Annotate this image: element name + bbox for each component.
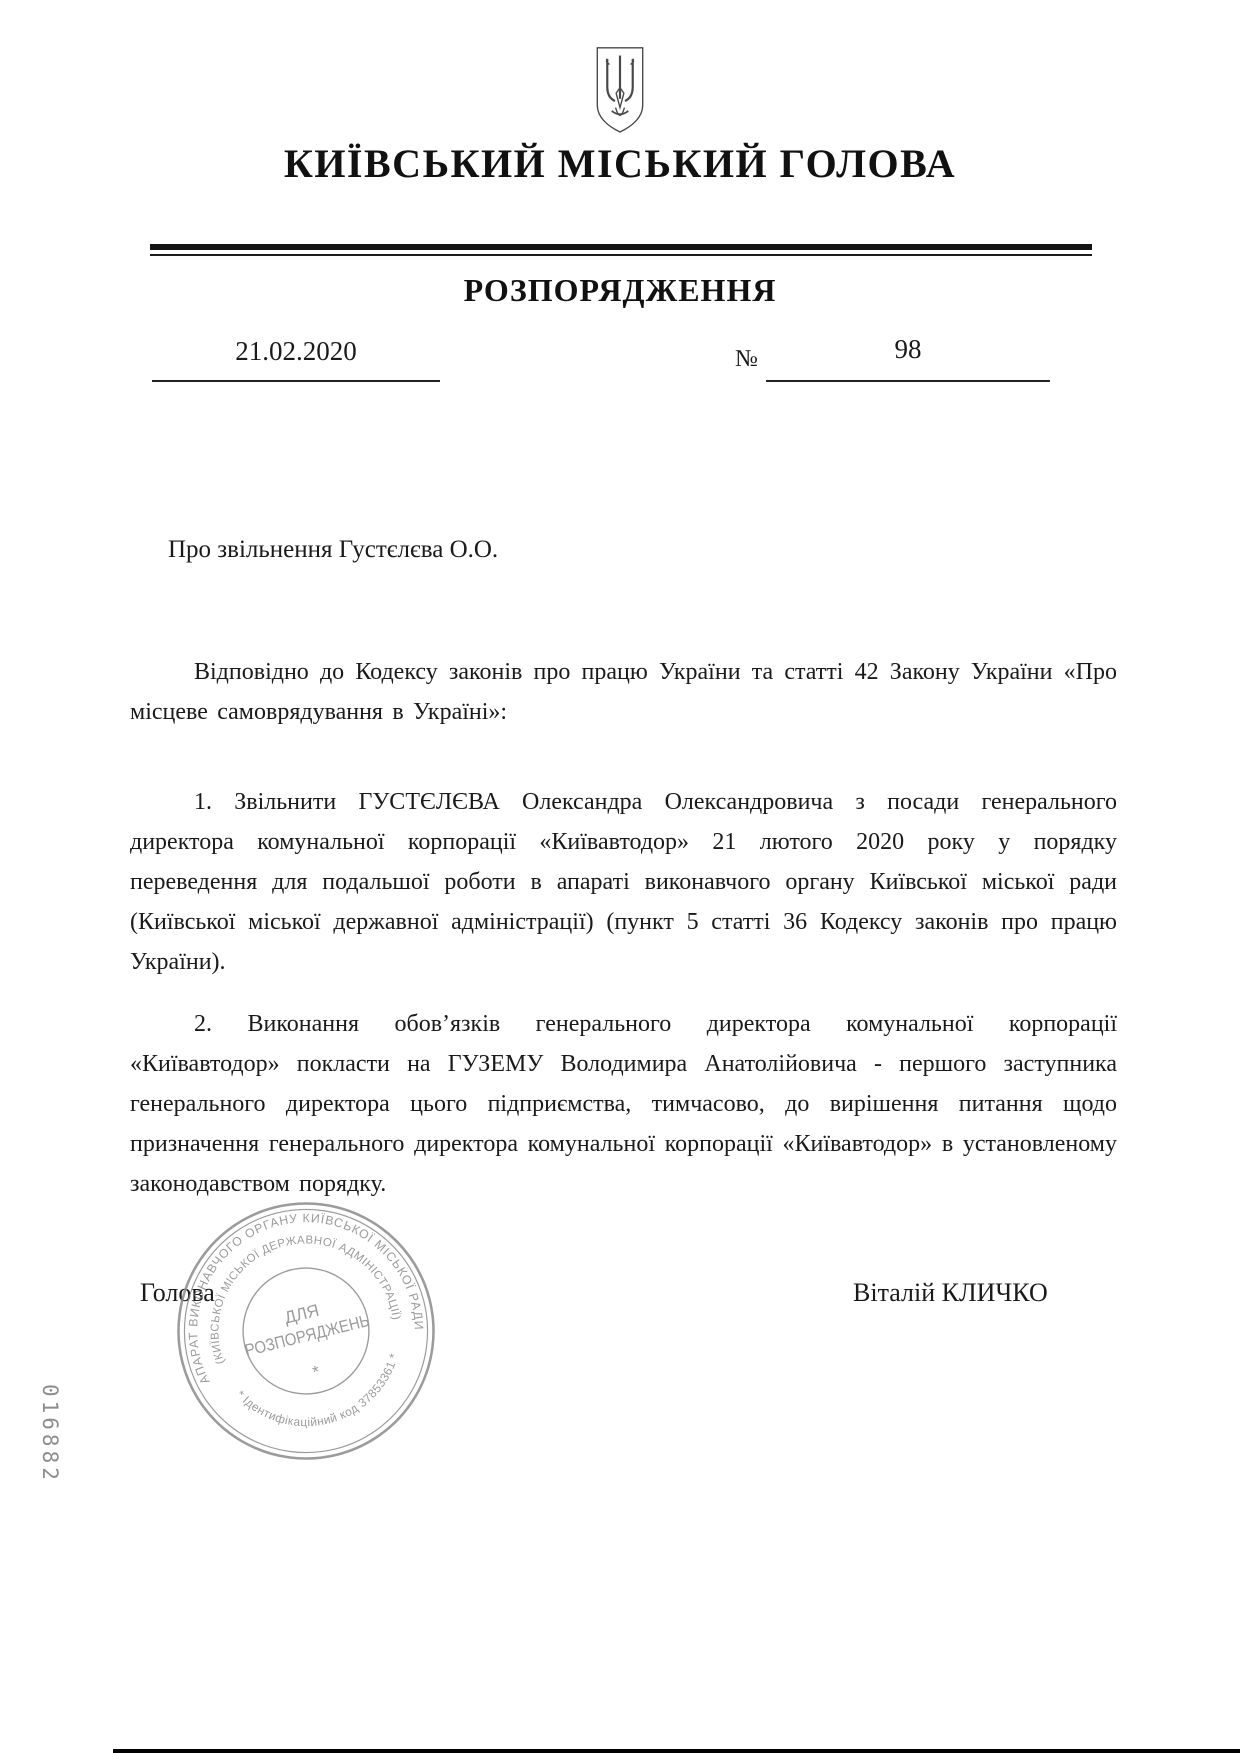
order-item-2: 2. Виконання обов’язків генерального дир…	[130, 1004, 1117, 1204]
signer-name: Віталій КЛИЧКО	[853, 1278, 1048, 1308]
scan-edge-line	[113, 1749, 1240, 1753]
document-number: 98	[766, 334, 1050, 365]
scanned-document-page: КИЇВСЬКИЙ МІСЬКИЙ ГОЛОВА РОЗПОРЯДЖЕННЯ 2…	[0, 0, 1240, 1753]
intro-paragraph: Відповідно до Кодексу законів про працю …	[130, 652, 1117, 732]
page-title: КИЇВСЬКИЙ МІСЬКИЙ ГОЛОВА	[0, 140, 1240, 187]
order-item-1: 1. Звільнити ГУСТЄЛЄВА Олександра Олекса…	[130, 782, 1117, 982]
subject-line: Про звільнення Густєлєва О.О.	[168, 536, 498, 564]
stamp-center-line2: РОЗПОРЯДЖЕНЬ	[243, 1311, 371, 1360]
number-label: №	[735, 346, 758, 373]
document-body: Відповідно до Кодексу законів про працю …	[130, 652, 1117, 1226]
coat-of-arms	[0, 44, 1240, 138]
number-underline	[766, 380, 1050, 382]
stamp-ring-bottom-text: * Ідентифікаційний код 37853361 *	[232, 1349, 414, 1447]
stamp-center-line1: ДЛЯ	[283, 1301, 322, 1328]
svg-text:* Ідентифікаційний код 3785336: * Ідентифікаційний код 37853361 *	[232, 1349, 414, 1447]
date-underline	[152, 380, 440, 382]
stamp-center-star: *	[311, 1362, 322, 1382]
document-date: 21.02.2020	[152, 336, 440, 367]
document-type-heading: РОЗПОРЯДЖЕННЯ	[0, 272, 1240, 309]
svg-text:(КИЇВСЬКОЇ МІСЬКОЇ ДЕРЖАВНОЇ А: (КИЇВСЬКОЇ МІСЬКОЇ ДЕРЖАВНОЇ АДМІНІСТРАЦ…	[189, 1214, 403, 1366]
tryzub-icon	[584, 44, 656, 138]
stamp-ring-inner-text: (КИЇВСЬКОЇ МІСЬКОЇ ДЕРЖАВНОЇ АДМІНІСТРАЦ…	[189, 1214, 403, 1366]
meta-row: 21.02.2020 № 98	[0, 330, 1240, 390]
side-page-number: 016882	[38, 1384, 62, 1484]
header-divider	[150, 244, 1092, 256]
signer-position: Голова	[140, 1278, 215, 1308]
